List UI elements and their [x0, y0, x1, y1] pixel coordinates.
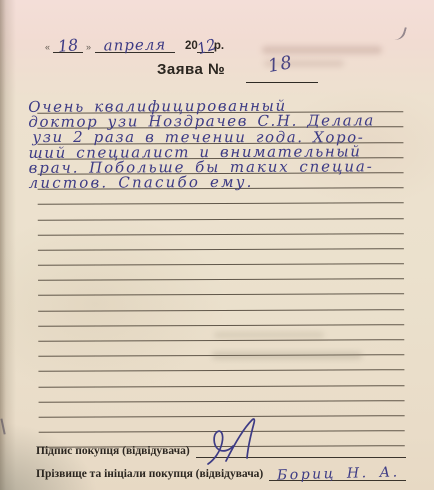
ruled-line — [38, 295, 404, 312]
ruled-line — [38, 188, 404, 205]
date-year-blank: 12 — [197, 41, 214, 53]
date-month-value: апреля — [95, 38, 175, 52]
ruled-line — [38, 234, 404, 251]
name-label: Прізвище та ініціали покупця (відвідувач… — [36, 468, 263, 481]
signature-row: Підпис покупця (відвідувача) — [36, 442, 406, 458]
show-through-smudge — [262, 46, 382, 54]
date-year-value: 12 — [196, 40, 216, 56]
show-through-smudge — [214, 332, 324, 338]
pen-mark-top-right — [393, 25, 407, 42]
ruled-line — [38, 264, 404, 281]
opening-quote-mark: « — [44, 42, 51, 53]
name-blank: Бориц Н. А. — [269, 464, 406, 481]
statement-title: Заява № — [157, 61, 225, 78]
statement-number-blank: 18 — [246, 66, 318, 83]
ruled-line — [38, 249, 404, 266]
date-day-value: 18 — [53, 38, 84, 54]
ruled-line: листов. Спасибо ему. — [38, 173, 404, 190]
ruled-line — [39, 401, 405, 418]
ruled-line — [38, 371, 404, 388]
scanned-statement-page: « 18 » апреля 20 12 р. Заява № 18 Очень … — [0, 0, 434, 490]
date-day-blank: 18 — [53, 39, 83, 53]
name-row: Прізвище та ініціали покупця (відвідувач… — [36, 465, 406, 481]
date-line: « 18 » апреля 20 12 р. — [44, 33, 224, 53]
date-month-blank: апреля — [95, 39, 175, 53]
note-area: Очень квалифицированный доктор узи Ноздр… — [37, 97, 405, 448]
ruled-line: доктор узи Ноздрачев С.Н. Делала — [37, 112, 403, 129]
signature — [200, 417, 278, 467]
ruled-line — [38, 279, 404, 296]
name-value: Бориц Н. А. — [277, 465, 400, 482]
signature-label: Підпис покупця (відвідувача) — [36, 445, 190, 458]
ruled-line — [38, 219, 404, 236]
ruled-line — [38, 310, 404, 327]
show-through-smudge — [264, 60, 344, 67]
pen-mark-left-edge — [0, 417, 10, 434]
ruled-line — [38, 204, 404, 221]
closing-quote-mark: » — [85, 42, 92, 53]
signature-blank — [196, 441, 406, 458]
show-through-smudge — [212, 352, 362, 359]
ruled-line — [38, 386, 404, 403]
